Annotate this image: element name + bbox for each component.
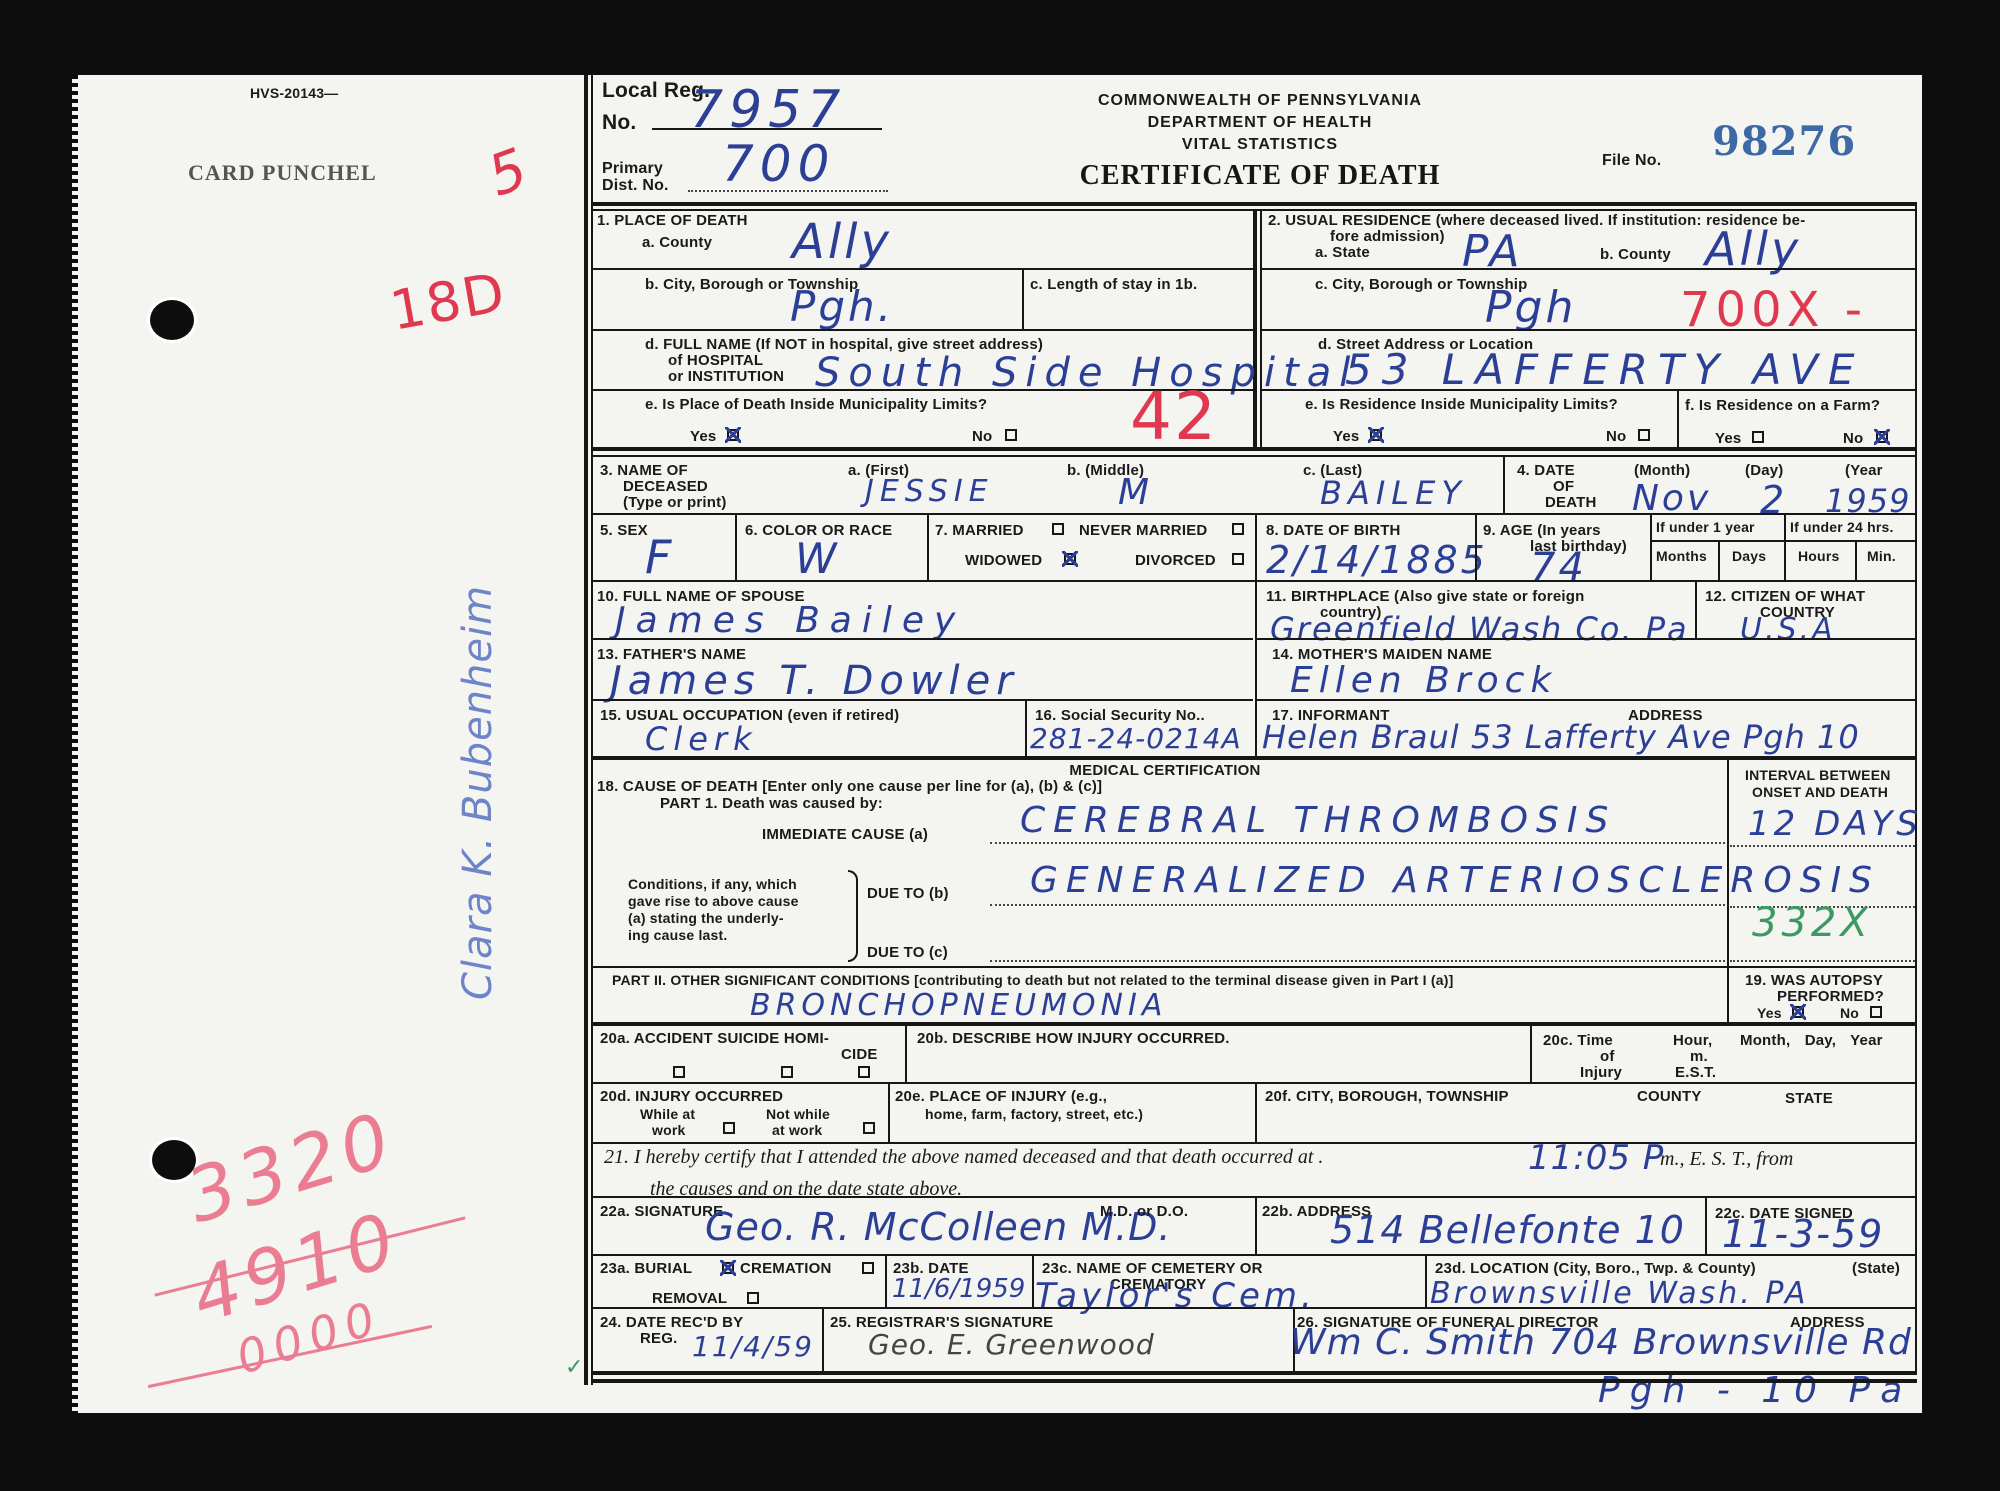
usual-residence-heading-2: fore admission) xyxy=(1330,228,1445,245)
pod-limits-no-label: No xyxy=(972,428,992,445)
residence-farm-no-checkbox[interactable] xyxy=(1876,431,1888,443)
dod-divider xyxy=(1503,457,1505,513)
local-reg-number: 7957 xyxy=(690,80,846,140)
race-divider xyxy=(927,513,929,580)
residence-limits-yes-label: Yes xyxy=(1333,428,1359,445)
part2-value[interactable]: BRONCHOPNEUMONIA xyxy=(750,988,1167,1023)
card-punched-stamp: CARD PUNCHEL xyxy=(188,160,377,186)
pod-stay-label: c. Length of stay in 1b. xyxy=(1030,276,1197,293)
under-24-hrs-label: If under 24 hrs. xyxy=(1790,519,1894,535)
injury-mdy-label: Month, Day, Year xyxy=(1740,1032,1883,1049)
injury-type-label-2: CIDE xyxy=(841,1046,878,1063)
pod-limits-yes-checkbox[interactable] xyxy=(727,429,739,441)
homicide-checkbox[interactable] xyxy=(858,1066,870,1078)
part2-label: PART II. OTHER SIGNIFICANT CONDITIONS [c… xyxy=(612,972,1453,988)
dod-label-2: OF xyxy=(1553,478,1574,495)
family-divider xyxy=(1255,580,1257,756)
physician-address-value[interactable]: 514 Bellefonte 10 xyxy=(1330,1208,1685,1252)
burial-divider xyxy=(885,1254,887,1307)
autopsy-yes-checkbox[interactable] xyxy=(1792,1006,1804,1018)
injury-hour-label-1: Hour, xyxy=(1673,1032,1712,1049)
injury-time-divider xyxy=(1530,1024,1532,1082)
while-work-label-1: While at xyxy=(640,1106,695,1122)
injury-hour-label-2: m. xyxy=(1690,1048,1708,1065)
injury-hour-label-3: E.S.T. xyxy=(1675,1064,1716,1081)
residence-state-label: a. State xyxy=(1315,244,1370,261)
signature-divider xyxy=(1255,1196,1257,1254)
autopsy-label-2: PERFORMED? xyxy=(1777,988,1884,1005)
under-1-divider xyxy=(1784,513,1786,580)
deceased-heading-1: 3. NAME OF xyxy=(600,462,688,479)
interval-line-a xyxy=(1730,845,1915,847)
interval-label-1: INTERVAL BETWEEN xyxy=(1745,767,1891,783)
interval-line-c xyxy=(1730,960,1915,962)
days-label: Days xyxy=(1732,548,1766,564)
not-work-label-2: at work xyxy=(772,1122,822,1138)
injury-describe-label: 20b. DESCRIBE HOW INJURY OCCURRED. xyxy=(917,1030,1230,1047)
funeral-address-value[interactable]: Pgh - 10 Pa xyxy=(1598,1370,1912,1411)
dod-month-label: (Month) xyxy=(1634,462,1690,479)
never-married-label: NEVER MARRIED xyxy=(1079,522,1207,539)
dod-day-label: (Day) xyxy=(1745,462,1784,479)
rule-part-1 xyxy=(593,966,1917,968)
file-no-label: File No. xyxy=(1602,152,1661,169)
never-married-checkbox[interactable] xyxy=(1232,523,1244,535)
due-to-b-line xyxy=(990,904,1725,906)
divorced-label: DIVORCED xyxy=(1135,552,1216,569)
header-rule xyxy=(593,202,1917,206)
date-recd-value[interactable]: 11/4/59 xyxy=(692,1330,814,1363)
citizen-label-1: 12. CITIZEN OF WHAT xyxy=(1705,588,1865,605)
stay-divider xyxy=(1022,268,1024,329)
rule-row-11 xyxy=(1257,638,1917,640)
rule-section-1-end-2 xyxy=(593,455,1917,457)
pod-limits-label: e. Is Place of Death Inside Municipality… xyxy=(645,396,987,413)
widowed-checkbox[interactable] xyxy=(1064,553,1076,565)
rule-2c xyxy=(1262,329,1917,331)
while-work-label-2: work xyxy=(652,1122,685,1138)
injury-time-label-2: of xyxy=(1600,1048,1615,1065)
interval-label-2: ONSET AND DEATH xyxy=(1752,784,1888,800)
residence-county-label: b. County xyxy=(1600,246,1671,263)
autopsy-yes-label: Yes xyxy=(1757,1005,1782,1021)
residence-limits-label: e. Is Residence Inside Municipality Limi… xyxy=(1305,396,1618,413)
injury-occurred-divider xyxy=(888,1082,890,1142)
while-work-checkbox[interactable] xyxy=(723,1122,735,1134)
form-right-edge xyxy=(1915,205,1917,1375)
accident-checkbox[interactable] xyxy=(673,1066,685,1078)
conditions-label-3: (a) stating the underly- xyxy=(628,910,784,926)
location-state-label: (State) xyxy=(1852,1260,1900,1277)
birthplace-label-1: 11. BIRTHPLACE (Also give state or forei… xyxy=(1266,588,1584,605)
injury-state-label: STATE xyxy=(1785,1090,1833,1107)
rule-1a xyxy=(593,268,1253,270)
pod-city-value[interactable]: Pgh. xyxy=(790,282,894,331)
injury-time-label-1: 20c. Time xyxy=(1543,1032,1613,1049)
green-code: 332X xyxy=(1752,900,1872,946)
part1-label: PART 1. Death was caused by: xyxy=(660,795,883,812)
age-subheader-rule xyxy=(1650,540,1917,542)
autopsy-no-label: No xyxy=(1840,1005,1859,1021)
cemetery-value[interactable]: Taylor's Cem. xyxy=(1035,1276,1316,1316)
widowed-label: WIDOWED xyxy=(965,552,1042,569)
rule-row-14 xyxy=(1257,699,1917,701)
conditions-label-2: gave rise to above cause xyxy=(628,893,799,909)
immediate-cause-line xyxy=(990,842,1725,844)
injury-type-label: 20a. ACCIDENT SUICIDE HOMI- xyxy=(600,1030,829,1047)
cause-label: 18. CAUSE OF DEATH [Enter only one cause… xyxy=(597,778,1102,795)
registrar-signature[interactable]: Geo. E. Greenwood xyxy=(868,1328,1155,1361)
spouse-value[interactable]: James Bailey xyxy=(615,600,965,641)
rule-1b xyxy=(593,329,1253,331)
pod-limits-no-checkbox[interactable] xyxy=(1005,429,1017,441)
stub-separator-line xyxy=(584,75,588,1385)
location-label: 23d. LOCATION (City, Boro., Twp. & Count… xyxy=(1435,1260,1756,1277)
dob-label: 8. DATE OF BIRTH xyxy=(1266,522,1401,539)
immediate-cause-value[interactable]: CEREBRAL THROMBOSIS xyxy=(1020,800,1616,841)
section-divider xyxy=(1253,211,1257,449)
rule-part-2 xyxy=(593,1022,1917,1026)
father-value[interactable]: James T. Dowler xyxy=(610,658,1019,704)
due-to-c-label: DUE TO (c) xyxy=(867,944,948,961)
date-recd-label-1: 24. DATE REC'D BY xyxy=(600,1314,743,1331)
occupation-value[interactable]: Clerk xyxy=(645,720,758,758)
certificate-title: CERTIFICATE OF DEATH xyxy=(1000,160,1520,192)
injury-type-divider xyxy=(905,1024,907,1082)
sex-label: 5. SEX xyxy=(600,522,648,539)
pod-hospital-label-2: of HOSPITAL xyxy=(668,352,763,369)
date-recd-label-2: REG. xyxy=(640,1330,677,1347)
header-line-1: COMMONWEALTH OF PENNSYLVANIA xyxy=(1000,92,1520,109)
cremation-label: CREMATION xyxy=(740,1260,832,1277)
under-1-year-label: If under 1 year xyxy=(1656,519,1755,535)
residence-limits-no-checkbox[interactable] xyxy=(1638,429,1650,441)
informant-value[interactable]: Helen Braul 53 Lafferty Ave Pgh 10 xyxy=(1262,718,1860,756)
primary-label: Primary xyxy=(602,160,663,177)
rule-row-15 xyxy=(593,756,1917,760)
married-checkbox[interactable] xyxy=(1052,523,1064,535)
dist-no-label: Dist. No. xyxy=(602,177,669,194)
address-divider xyxy=(1705,1196,1707,1254)
conditions-label-4: ing cause last. xyxy=(628,927,727,943)
rule-disposition xyxy=(593,1307,1917,1309)
due-to-c-line xyxy=(990,960,1725,962)
autopsy-label-1: 19. WAS AUTOPSY xyxy=(1745,972,1883,989)
date-divider xyxy=(1032,1254,1034,1307)
pod-county-label: a. County xyxy=(642,234,712,251)
residence-limits-no-label: No xyxy=(1606,428,1626,445)
perforated-edge xyxy=(72,75,78,1413)
place-of-death-heading: 1. PLACE OF DEATH xyxy=(597,212,748,229)
rule-2a xyxy=(1262,268,1917,270)
residence-farm-no-label: No xyxy=(1843,430,1863,447)
header-line-2: DEPARTMENT OF HEALTH xyxy=(1000,114,1520,131)
middle-name-value[interactable]: M xyxy=(1118,472,1152,513)
pod-county-value[interactable]: Ally xyxy=(792,214,892,270)
immediate-cause-label: IMMEDIATE CAUSE (a) xyxy=(762,826,928,843)
primary-dist-number: 700 xyxy=(722,135,835,193)
injury-place-divider xyxy=(1255,1082,1257,1142)
date-recd-divider xyxy=(822,1307,824,1371)
age-divider xyxy=(1650,513,1652,580)
sex-value[interactable]: F xyxy=(645,530,674,584)
sex-divider xyxy=(735,513,737,580)
dod-label-1: 4. DATE xyxy=(1517,462,1575,479)
date-signed-value[interactable]: 11-3-59 xyxy=(1722,1212,1884,1256)
certify-text-1: 21. I hereby certify that I attended the… xyxy=(604,1146,1323,1169)
md-do-label: M.D. or D.O. xyxy=(1100,1203,1188,1220)
form-code: HVS-20143— xyxy=(250,86,338,101)
dob-divider xyxy=(1475,513,1477,580)
header-line-3: VITAL STATISTICS xyxy=(1000,136,1520,153)
age-value[interactable]: 74 xyxy=(1530,545,1587,591)
min-label: Min. xyxy=(1867,548,1896,564)
pod-limits-yes-label: Yes xyxy=(690,428,716,445)
residence-street-value[interactable]: 53 LAFFERTY AVE xyxy=(1345,345,1865,394)
hours-divider xyxy=(1855,540,1857,580)
medical-heading: MEDICAL CERTIFICATION xyxy=(1000,762,1330,779)
residence-limits-yes-checkbox[interactable] xyxy=(1370,429,1382,441)
residence-farm-label: f. Is Residence on a Farm? xyxy=(1685,397,1880,414)
rule-section-1-end xyxy=(593,447,1917,451)
cremation-checkbox[interactable] xyxy=(862,1262,874,1274)
conditions-brace xyxy=(848,870,858,962)
rule-bottom-2 xyxy=(593,1379,1917,1383)
file-number: 98276 xyxy=(1712,118,1856,165)
funeral-director-signature[interactable]: Wm C. Smith 704 Brownsville Rd xyxy=(1290,1322,1912,1363)
dod-label-3: DEATH xyxy=(1545,494,1597,511)
autopsy-no-checkbox[interactable] xyxy=(1870,1006,1882,1018)
injury-place-label-1: 20e. PLACE OF INJURY (e.g., xyxy=(895,1088,1107,1105)
suicide-checkbox[interactable] xyxy=(781,1066,793,1078)
local-reg-no-label: No. xyxy=(602,114,636,131)
divorced-checkbox[interactable] xyxy=(1232,553,1244,565)
ssn-divider xyxy=(1025,699,1027,756)
rule-injury-2 xyxy=(593,1142,1917,1144)
removal-label: REMOVAL xyxy=(652,1290,727,1307)
interval-divider xyxy=(1727,758,1729,1024)
injury-city-label: 20f. CITY, BOROUGH, TOWNSHIP xyxy=(1265,1088,1509,1105)
due-to-b-value[interactable]: GENERALIZED ARTERIOSCLEROSIS xyxy=(1030,860,1880,901)
deceased-heading-3: (Type or print) xyxy=(623,494,727,511)
certify-text-2: m., E. S. T., from xyxy=(1660,1148,1793,1171)
citizen-value[interactable]: U.S.A xyxy=(1740,612,1836,647)
residence-farm-yes-checkbox[interactable] xyxy=(1752,431,1764,443)
deceased-heading-2: DECEASED xyxy=(623,478,708,495)
due-to-b-label: DUE TO (b) xyxy=(867,885,949,902)
location-value[interactable]: Brownsville Wash. PA xyxy=(1430,1276,1808,1311)
farm-divider xyxy=(1677,389,1679,449)
conditions-label-1: Conditions, if any, which xyxy=(628,876,797,892)
punch-hole-top xyxy=(150,300,194,340)
burial-date-value[interactable]: 11/6/1959 xyxy=(892,1274,1025,1304)
pod-red-code: 42 xyxy=(1130,378,1218,455)
rule-bottom xyxy=(593,1371,1917,1375)
marital-divider xyxy=(1255,513,1257,580)
dod-year-label: (Year xyxy=(1845,462,1883,479)
months-divider xyxy=(1718,540,1720,580)
burial-checkbox[interactable] xyxy=(722,1262,734,1274)
age-label-1: 9. AGE (In years xyxy=(1483,522,1601,539)
first-name-value[interactable]: JESSIE xyxy=(865,474,994,509)
rule-row-13 xyxy=(593,699,1253,701)
dob-value[interactable]: 2/14/1885 xyxy=(1266,538,1488,582)
pod-hospital-label-3: or INSTITUTION xyxy=(668,368,784,385)
hours-label: Hours xyxy=(1798,548,1839,564)
residence-farm-yes-label: Yes xyxy=(1715,430,1741,447)
death-time-value[interactable]: 11:05 P xyxy=(1528,1138,1664,1178)
interval-value[interactable]: 12 DAYS xyxy=(1748,804,1922,844)
injury-county-label: COUNTY xyxy=(1637,1088,1702,1105)
ssn-value[interactable]: 281-24-0214A xyxy=(1030,722,1242,755)
cemetery-label-1: 23c. NAME OF CEMETERY OR xyxy=(1042,1260,1263,1277)
rule-cert-22 xyxy=(593,1254,1917,1256)
rule-2d xyxy=(1262,389,1917,391)
birthplace-value[interactable]: Greenfield Wash Co. Pa xyxy=(1270,610,1689,648)
rule-row-10 xyxy=(593,638,1253,640)
injury-time-label-3: Injury xyxy=(1580,1064,1622,1081)
married-label: 7. MARRIED xyxy=(935,522,1024,539)
cemetery-divider xyxy=(1425,1254,1427,1307)
mother-value[interactable]: Ellen Brock xyxy=(1290,660,1557,701)
not-work-checkbox[interactable] xyxy=(863,1122,875,1134)
months-label: Months xyxy=(1656,548,1707,564)
residence-city-value[interactable]: Pgh xyxy=(1485,282,1576,333)
race-value[interactable]: W xyxy=(795,534,840,583)
injury-occurred-label: 20d. INJURY OCCURRED xyxy=(600,1088,783,1105)
last-name-value[interactable]: BAILEY xyxy=(1320,474,1467,512)
removal-checkbox[interactable] xyxy=(747,1292,759,1304)
stub-separator-line-2 xyxy=(591,75,593,1385)
not-work-label-1: Not while xyxy=(766,1106,830,1122)
burial-label: 23a. BURIAL xyxy=(600,1260,692,1277)
stub-vertical-signature: Clara K. Bubenheim xyxy=(455,585,501,1000)
injury-place-label-2: home, farm, factory, street, etc.) xyxy=(925,1106,1143,1122)
citizen-divider xyxy=(1695,580,1697,638)
